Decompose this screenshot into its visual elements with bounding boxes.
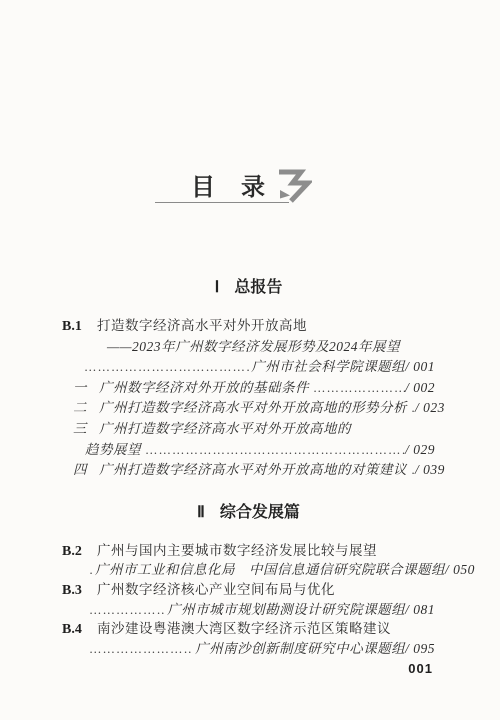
toc-page: 目 录 Ⅰ总报告 B.1 打造数字经济高水平对外开放高地 ——2023年广州数字… — [0, 0, 500, 720]
subitem-page-number: / 039 — [415, 461, 445, 479]
subitem-text: 广州打造数字经济高水平对外开放高地的形势分析 — [99, 399, 407, 417]
entry-title: 广州与国内主要城市数字经济发展比较与展望 — [97, 542, 377, 560]
subitem-numeral: 四 — [73, 461, 99, 479]
toc-entry-b2-author-row: …………………………………………………………………………………………………… 广… — [85, 561, 435, 581]
dot-leader: …………………………………………………………………………………………………… — [85, 601, 165, 619]
dot-leader: …………………………………………………………………………………………………… — [85, 561, 93, 579]
section2-entries: B.2 广州与国内主要城市数字经济发展比较与展望 ………………………………………… — [62, 542, 435, 660]
subitem-continuation-text: 趋势展望 — [85, 441, 141, 459]
toc-subitem-row: 一 广州数字经济对外开放的基础条件 …………………………………………………………… — [62, 379, 435, 400]
toc-subitem-row: 二 广州打造数字经济高水平对外开放高地的形势分析 ………………………………………… — [62, 399, 435, 420]
subitem-numeral: 二 — [73, 399, 99, 417]
subitem-text: 广州打造数字经济高水平对外开放高地的对策建议 — [99, 461, 407, 479]
toc-entry-b1-author-row: …………………………………………………………………………………………………… 广… — [80, 358, 435, 379]
toc-entry-b2-title-row: B.2 广州与国内主要城市数字经济发展比较与展望 — [62, 542, 435, 562]
entry-author: 广州市工业和信息化局 中国信息通信研究院联合课题组 — [95, 561, 445, 579]
toc-entry-b1-title-row: B.1 打造数字经济高水平对外开放高地 — [62, 317, 435, 338]
dot-leader: …………………………………………………………………………………………………… — [309, 379, 405, 397]
dot-leader: …………………………………………………………………………………………………… — [407, 399, 415, 417]
toc-subitem-continuation-row: 趋势展望 ……………………………………………………………………………………………… — [62, 441, 435, 462]
folio-page-number: 001 — [408, 661, 433, 676]
toc-entry-b4-title-row: B.4 南沙建设粤港澳大湾区数字经济示范区策略建议 — [62, 620, 435, 640]
section-heading-comprehensive-development: Ⅱ综合发展篇 — [62, 502, 435, 523]
entry-subtitle: ——2023年广州数字经济发展形势及2024年展望 — [107, 338, 400, 356]
entry-label: B.4 — [62, 621, 97, 639]
entry-page-number: / 001 — [405, 358, 435, 376]
entry-page-number: / 095 — [405, 640, 435, 658]
entry-title: 南沙建设粤港澳大湾区数字经济示范区策略建议 — [97, 620, 391, 638]
entry-author: 广州南沙创新制度研究中心课题组 — [195, 640, 405, 658]
toc-subitem-row: 三 广州打造数字经济高水平对外开放高地的 — [62, 420, 435, 441]
section-numeral: Ⅰ — [215, 279, 220, 296]
section-heading-general-report: Ⅰ总报告 — [62, 277, 435, 298]
section-title: 综合发展篇 — [220, 504, 300, 521]
subitem-numeral: 三 — [73, 420, 99, 438]
entry-label: B.2 — [62, 543, 97, 561]
toc-entry-b4-author-row: …………………………………………………………………………………………………… 广… — [85, 640, 435, 660]
dot-leader: …………………………………………………………………………………………………… — [407, 461, 415, 479]
subitem-page-number: / 023 — [415, 399, 445, 417]
entry-title: 广州数字经济核心产业空间布局与优化 — [97, 581, 335, 599]
entry-author: 广州市社会科学院课题组 — [251, 358, 405, 376]
toc-entry-b1-subtitle-row: ——2023年广州数字经济发展形势及2024年展望 — [62, 338, 435, 359]
dot-leader: …………………………………………………………………………………………………… — [80, 358, 249, 376]
toc-subitem-row: 四 广州打造数字经济高水平对外开放高地的对策建议 ………………………………………… — [62, 461, 435, 482]
dot-leader: …………………………………………………………………………………………………… — [141, 441, 405, 459]
toc-entry-b3-title-row: B.3 广州数字经济核心产业空间布局与优化 — [62, 581, 435, 601]
subitem-text: 广州打造数字经济高水平对外开放高地的 — [99, 420, 351, 438]
toc-content: Ⅰ总报告 B.1 打造数字经济高水平对外开放高地 ——2023年广州数字经济发展… — [62, 277, 435, 659]
toc-entry-b3-author-row: …………………………………………………………………………………………………… 广… — [85, 601, 435, 621]
entry-page-number: / 050 — [445, 561, 475, 579]
section-title: 总报告 — [234, 279, 282, 296]
section-numeral: Ⅱ — [197, 504, 205, 521]
dot-leader: …………………………………………………………………………………………………… — [85, 640, 193, 658]
entry-label: B.1 — [62, 318, 97, 336]
entry-page-number: / 081 — [405, 601, 435, 619]
ribbon-bolt-icon — [278, 165, 312, 205]
subitem-page-number: / 029 — [405, 441, 435, 459]
subitem-numeral: 一 — [73, 379, 99, 397]
page-title: 目 录 — [191, 167, 266, 202]
subitem-text: 广州数字经济对外开放的基础条件 — [99, 379, 309, 397]
subitem-page-number: / 002 — [405, 379, 435, 397]
entry-author: 广州市城市规划勘测设计研究院课题组 — [167, 601, 405, 619]
entry-label: B.3 — [62, 582, 97, 600]
entry-title: 打造数字经济高水平对外开放高地 — [97, 317, 307, 335]
title-underline — [155, 202, 289, 203]
